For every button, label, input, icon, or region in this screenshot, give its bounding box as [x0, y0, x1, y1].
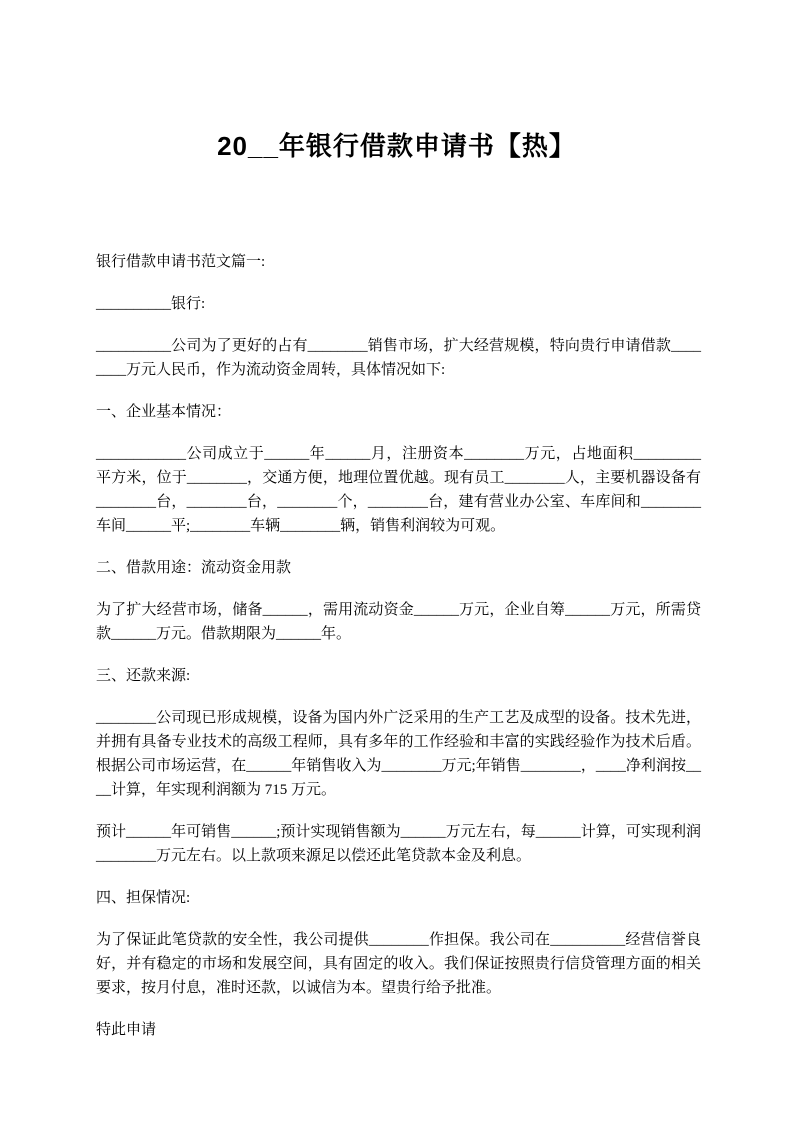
document-page: 20__年银行借款申请书【热】 银行借款申请书范文篇一: __________银… [0, 0, 793, 1122]
salutation-line: __________银行: [96, 292, 701, 316]
opening-paragraph: __________公司为了更好的占有________销售市场，扩大经营规模，特… [96, 334, 701, 382]
section-heading-repayment-source: 三、还款来源: [96, 664, 701, 688]
document-subtitle: 银行借款申请书范文篇一: [96, 250, 701, 274]
section-heading-company-info: 一、企业基本情况： [96, 400, 701, 424]
repayment-source-paragraph-1: ________公司现已形成规模，设备为国内外广泛采用的生产工艺及成型的设备。技… [96, 706, 701, 802]
guarantee-paragraph: 为了保证此笔贷款的安全性，我公司提供________作担保。我公司在______… [96, 928, 701, 1000]
company-info-paragraph: ____________公司成立于______年______月，注册资本____… [96, 442, 701, 538]
loan-purpose-paragraph: 为了扩大经营市场，储备______，需用流动资金______万元，企业自筹___… [96, 598, 701, 646]
repayment-source-paragraph-2: 预计______年可销售______;预计实现销售额为______万元左右，每_… [96, 820, 701, 868]
document-body: 银行借款申请书范文篇一: __________银行: __________公司为… [96, 250, 701, 1042]
closing-line: 特此申请 [96, 1018, 701, 1042]
document-title: 20__年银行借款申请书【热】 [40, 130, 753, 164]
section-heading-loan-purpose: 二、借款用途：流动资金用款 [96, 556, 701, 580]
section-heading-guarantee: 四、担保情况: [96, 886, 701, 910]
